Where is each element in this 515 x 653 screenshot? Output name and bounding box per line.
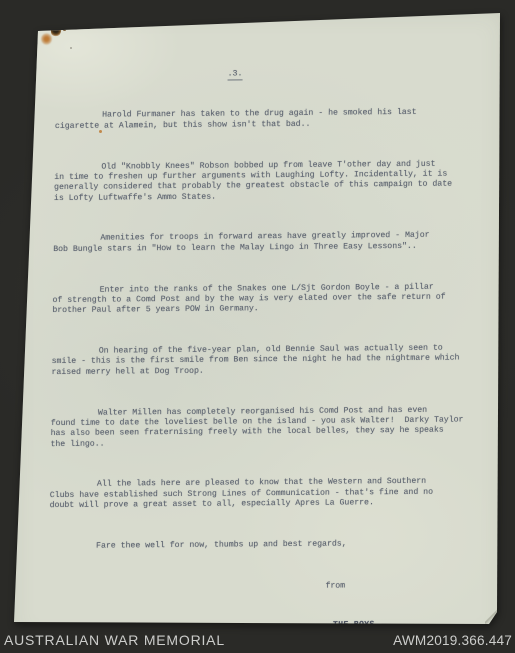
letter-paragraph-4: Enter into the ranks of the Snakes one L…	[52, 282, 474, 317]
stain-speck	[70, 47, 72, 49]
caption-bar: AUSTRALIAN WAR MEMORIAL AWM2019.366.447	[0, 627, 515, 653]
letter-farewell-line: Fare thee well for now, thumbs up and be…	[49, 538, 471, 552]
stain-scratch-mark	[0, 0, 3, 10]
stain-squiggle-mark	[0, 9, 15, 19]
page-corner-fold	[485, 608, 499, 625]
letter-paragraph-6: Walter Millen has completely reorganised…	[50, 405, 473, 450]
institution-label: AUSTRALIAN WAR MEMORIAL	[4, 632, 225, 648]
stain-orange-blot	[41, 33, 52, 45]
stain-speck	[63, 28, 66, 31]
letter-paragraph-5: On hearing of the five-year plan, old Be…	[51, 343, 473, 378]
reference-number: AWM2019.366.447	[393, 633, 512, 648]
typed-letter-body: .3. Harold Furmaner has taken to the dru…	[48, 46, 478, 653]
letter-paragraph-2: Old "Knobbly Knees" Robson bobbed up fro…	[54, 159, 477, 204]
closing-from: from	[325, 580, 470, 592]
letter-paragraph-7: All the lads here are pleased to know th…	[50, 477, 472, 512]
letter-paragraph-1: Harold Furmaner has taken to the drug ag…	[55, 108, 477, 132]
page-number: .3.	[228, 67, 478, 79]
letter-page: .3. Harold Furmaner has taken to the dru…	[0, 0, 515, 653]
letter-page-wrap: .3. Harold Furmaner has taken to the dru…	[0, 0, 515, 653]
letter-paragraph-3: Amenities for troops in forward areas ha…	[53, 231, 475, 255]
